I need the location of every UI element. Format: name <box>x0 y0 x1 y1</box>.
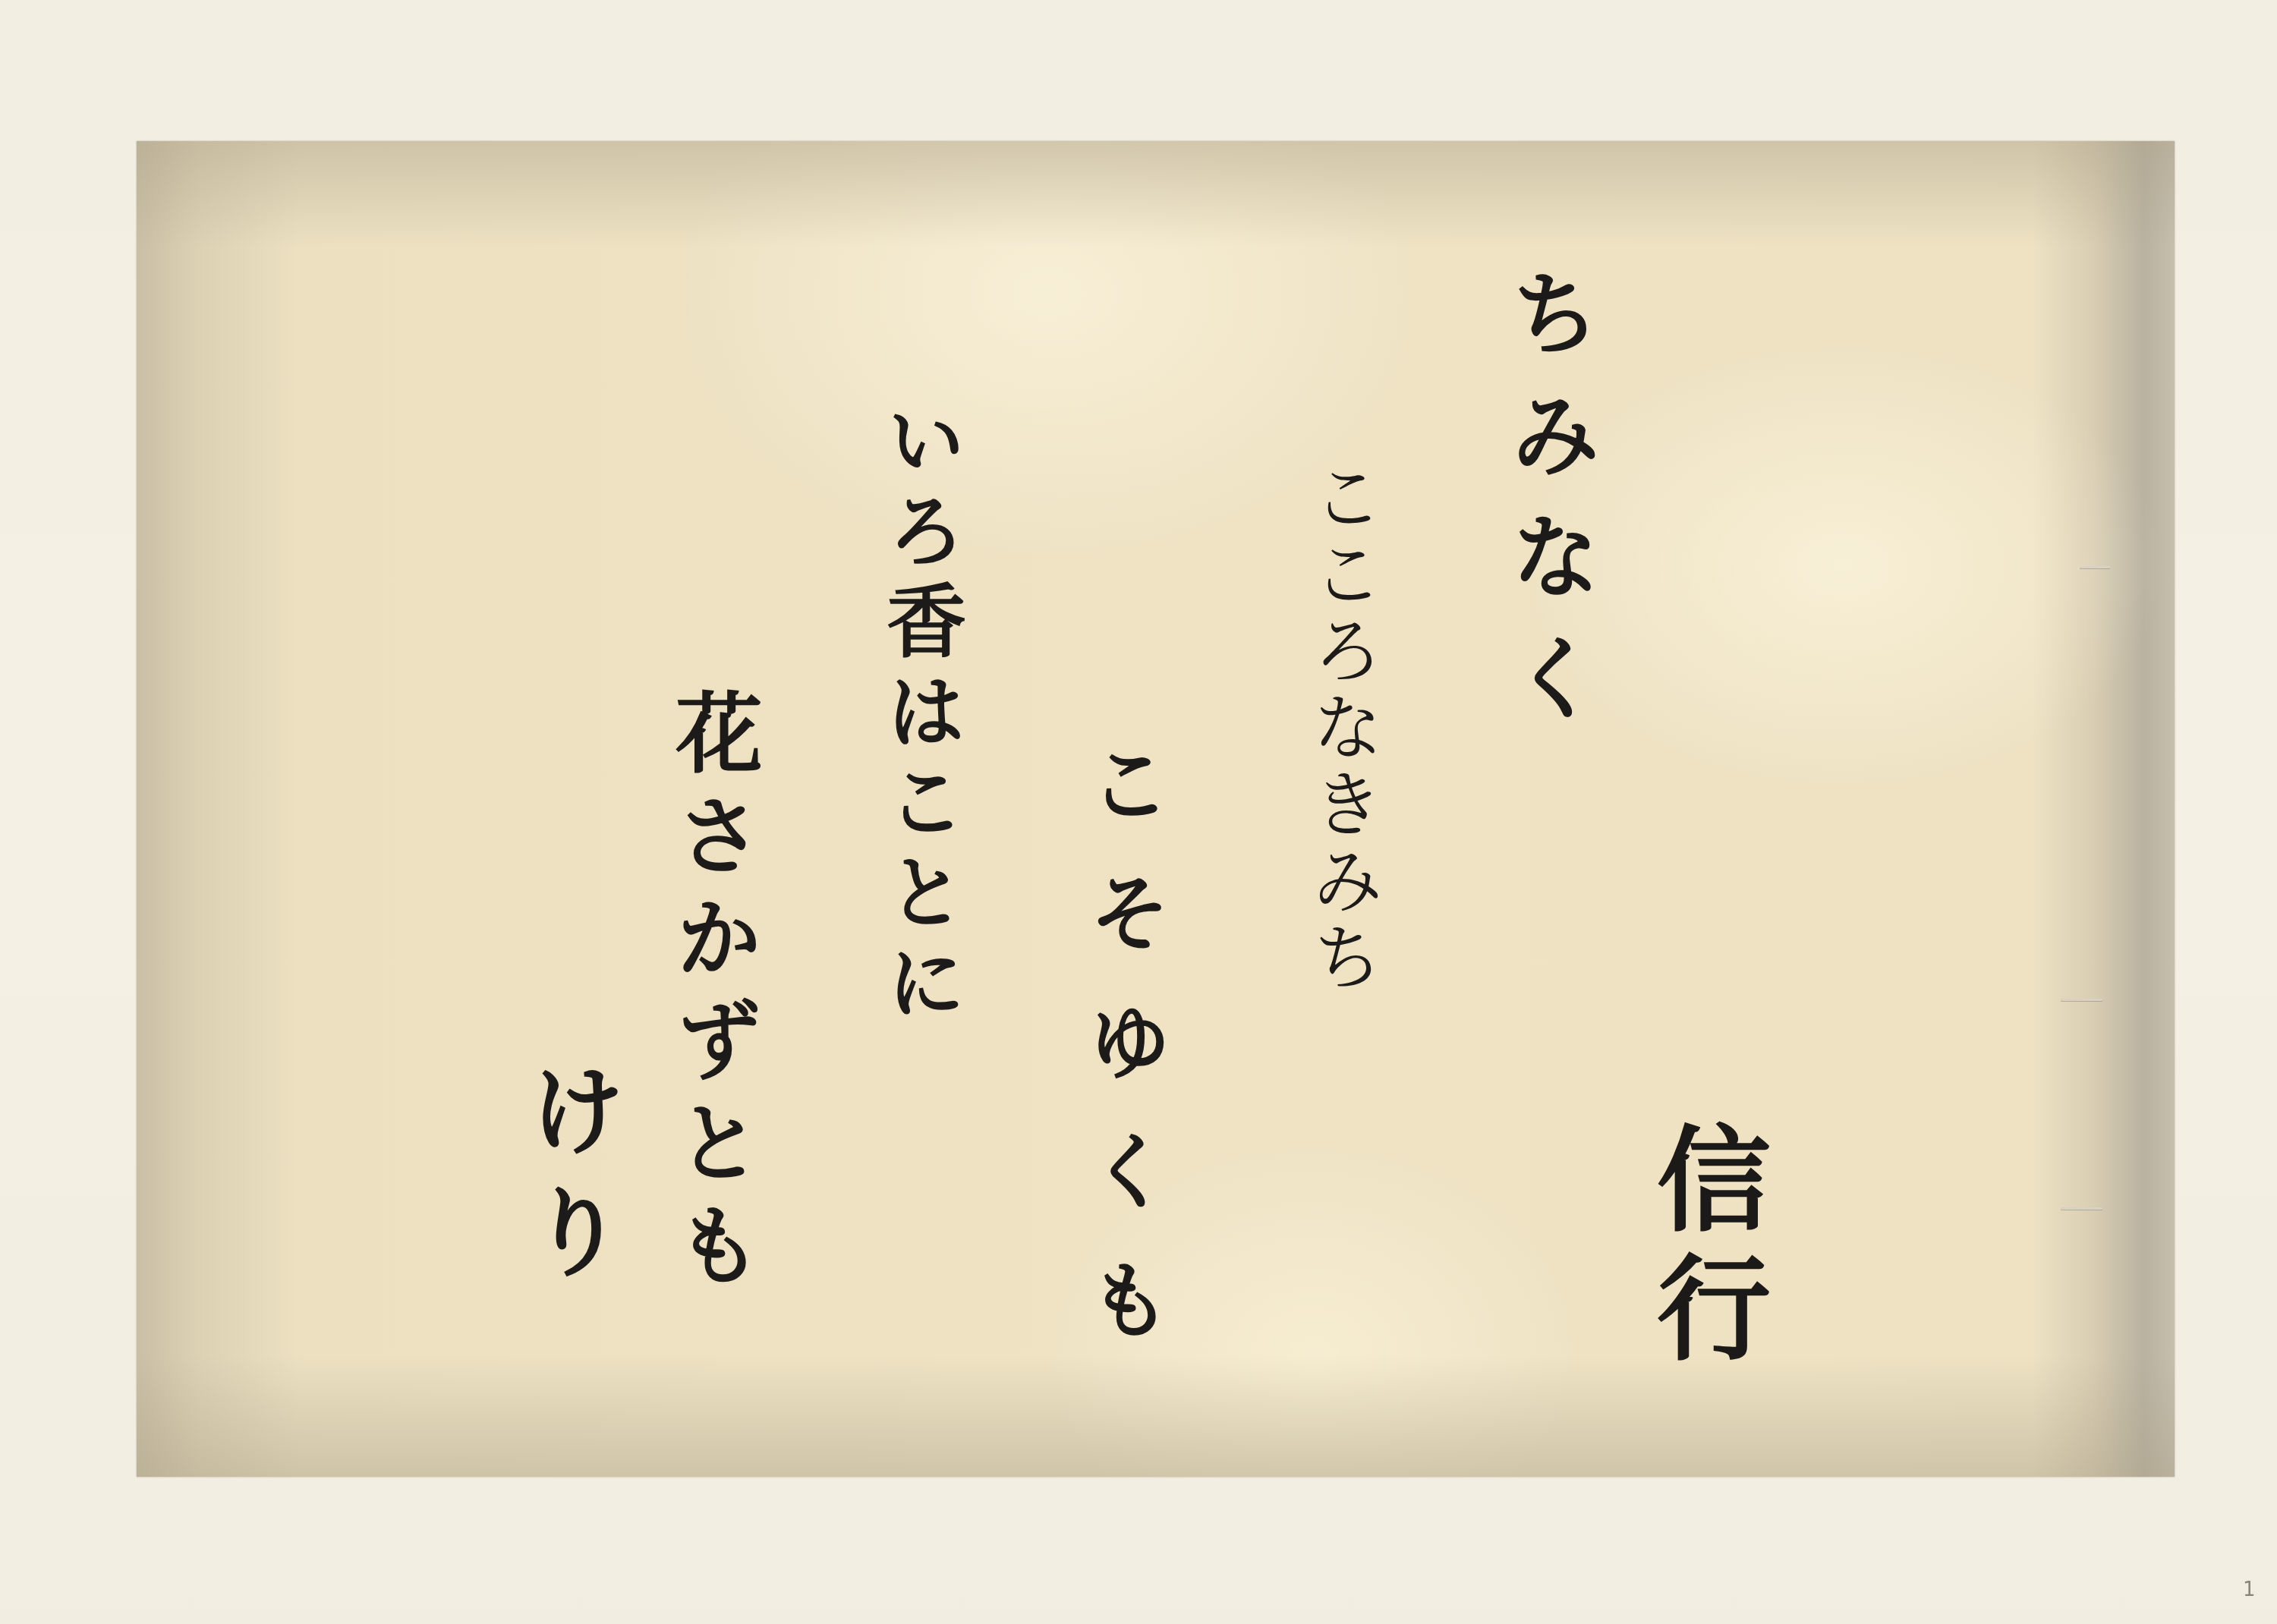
poem-column-3: こそゆくも <box>1082 741 1165 1386</box>
binding-tick-mark <box>2061 999 2102 1001</box>
calligraphy-paper: ちみなく こころなきみち こそゆくも いろ香はことに 花さかずとも けり 信行 <box>137 141 2175 1477</box>
poem-column-2: こころなきみち <box>1305 460 1378 996</box>
pencil-page-number: 1 <box>2243 1578 2256 1601</box>
author-signature: 信行 <box>1647 1120 1761 1378</box>
poem-column-1: ちみなく <box>1503 266 1594 752</box>
poem-column-5: 花さかずとも <box>668 688 755 1302</box>
poem-column-6: けり <box>520 1059 619 1302</box>
binding-tick-mark <box>2080 566 2110 568</box>
binding-tick-mark <box>2061 1207 2102 1210</box>
mount-board: ちみなく こころなきみち こそゆくも いろ香はことに 花さかずとも けり 信行 … <box>0 0 2277 1624</box>
poem-column-4: いろ香はことに <box>880 399 960 1031</box>
